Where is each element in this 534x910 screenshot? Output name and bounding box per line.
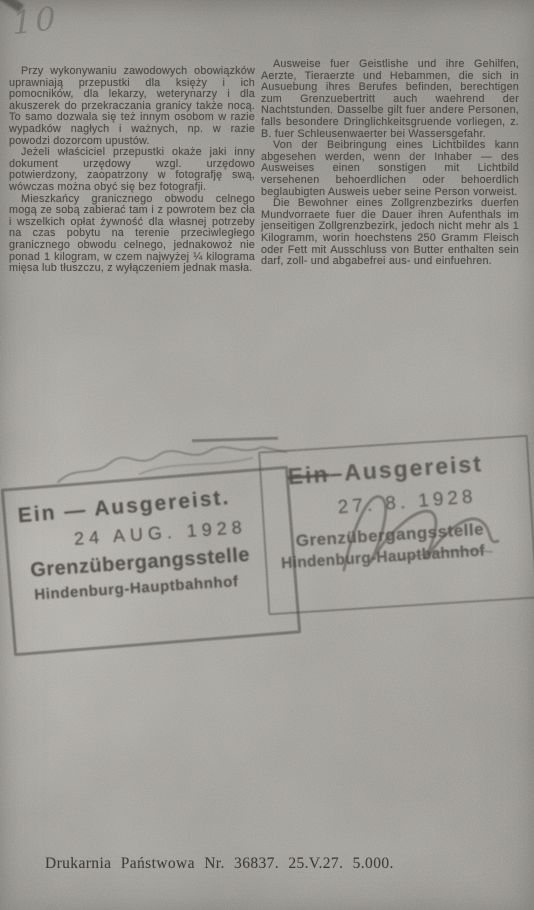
paragraph: Ausweise fuer Geistlishe und ihre Gehilf… <box>261 59 519 140</box>
stamp-date: 27. 8. 1928 <box>337 482 530 519</box>
paragraph: Mieszkańcy granicznego obwodu celnego mo… <box>9 194 255 275</box>
text-column-polish: Przy wykonywaniu zawodowych obowiązków u… <box>9 66 255 275</box>
paragraph: Jeżeli właściciel przepustki okaże jaki … <box>9 147 255 193</box>
paragraph: Przy wykonywaniu zawodowych obowiązków u… <box>9 66 255 147</box>
border-stamp-right: Ein–Ausgereist 27. 8. 1928 Grenzübergang… <box>258 435 534 616</box>
document-page: 10 Przy wykonywaniu zawodowych obowiązkó… <box>0 0 534 910</box>
text-column-german: Ausweise fuer Geistlishe und ihre Gehilf… <box>261 59 519 268</box>
stamp-title-struck-word: Ein <box>287 461 330 490</box>
paragraph: Von der Beibringung eines Lichtbildes ka… <box>261 140 519 198</box>
handwritten-page-number: 10 <box>11 0 59 43</box>
border-stamp-left: Ein — Ausgereist. 24 AUG. 1928 Grenzüber… <box>1 466 302 657</box>
paragraph: Die Bewohner eines Zollgrenzbezirks duer… <box>261 198 519 268</box>
printer-imprint: Drukarnia Państwowa Nr. 36837. 25.V.27. … <box>45 855 394 873</box>
stamp-title-rest: –Ausgereist <box>329 450 484 486</box>
stamp-border-artifact <box>192 437 278 442</box>
